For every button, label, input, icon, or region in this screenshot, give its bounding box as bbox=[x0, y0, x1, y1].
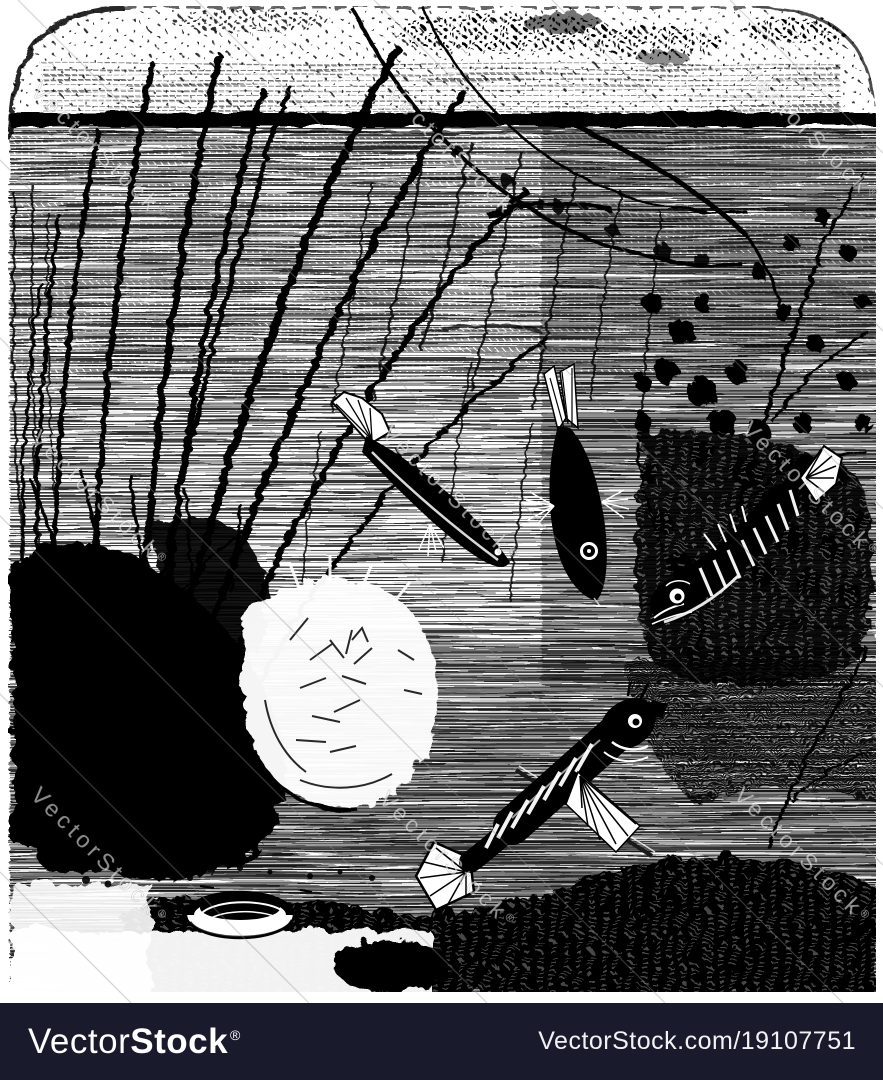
engraving-image: VectorStock® VectorStock® VectorStock® V… bbox=[0, 0, 883, 1003]
vectorstock-logo: VectorStock® bbox=[28, 1022, 241, 1062]
image-url-text: VectorStock.com/19107751 bbox=[538, 1027, 856, 1056]
logo-word-vector: Vector bbox=[28, 1022, 130, 1061]
logo-word-stock: Stock bbox=[130, 1022, 228, 1061]
vectorstock-footer-bar: VectorStock® VectorStock.com/19107751 bbox=[0, 1003, 883, 1080]
sky-hatch bbox=[40, 62, 840, 112]
stock-image-preview: VectorStock® VectorStock® VectorStock® V… bbox=[0, 0, 883, 1080]
mussel-shell bbox=[186, 892, 294, 938]
logo-registered-mark: ® bbox=[230, 1027, 241, 1043]
